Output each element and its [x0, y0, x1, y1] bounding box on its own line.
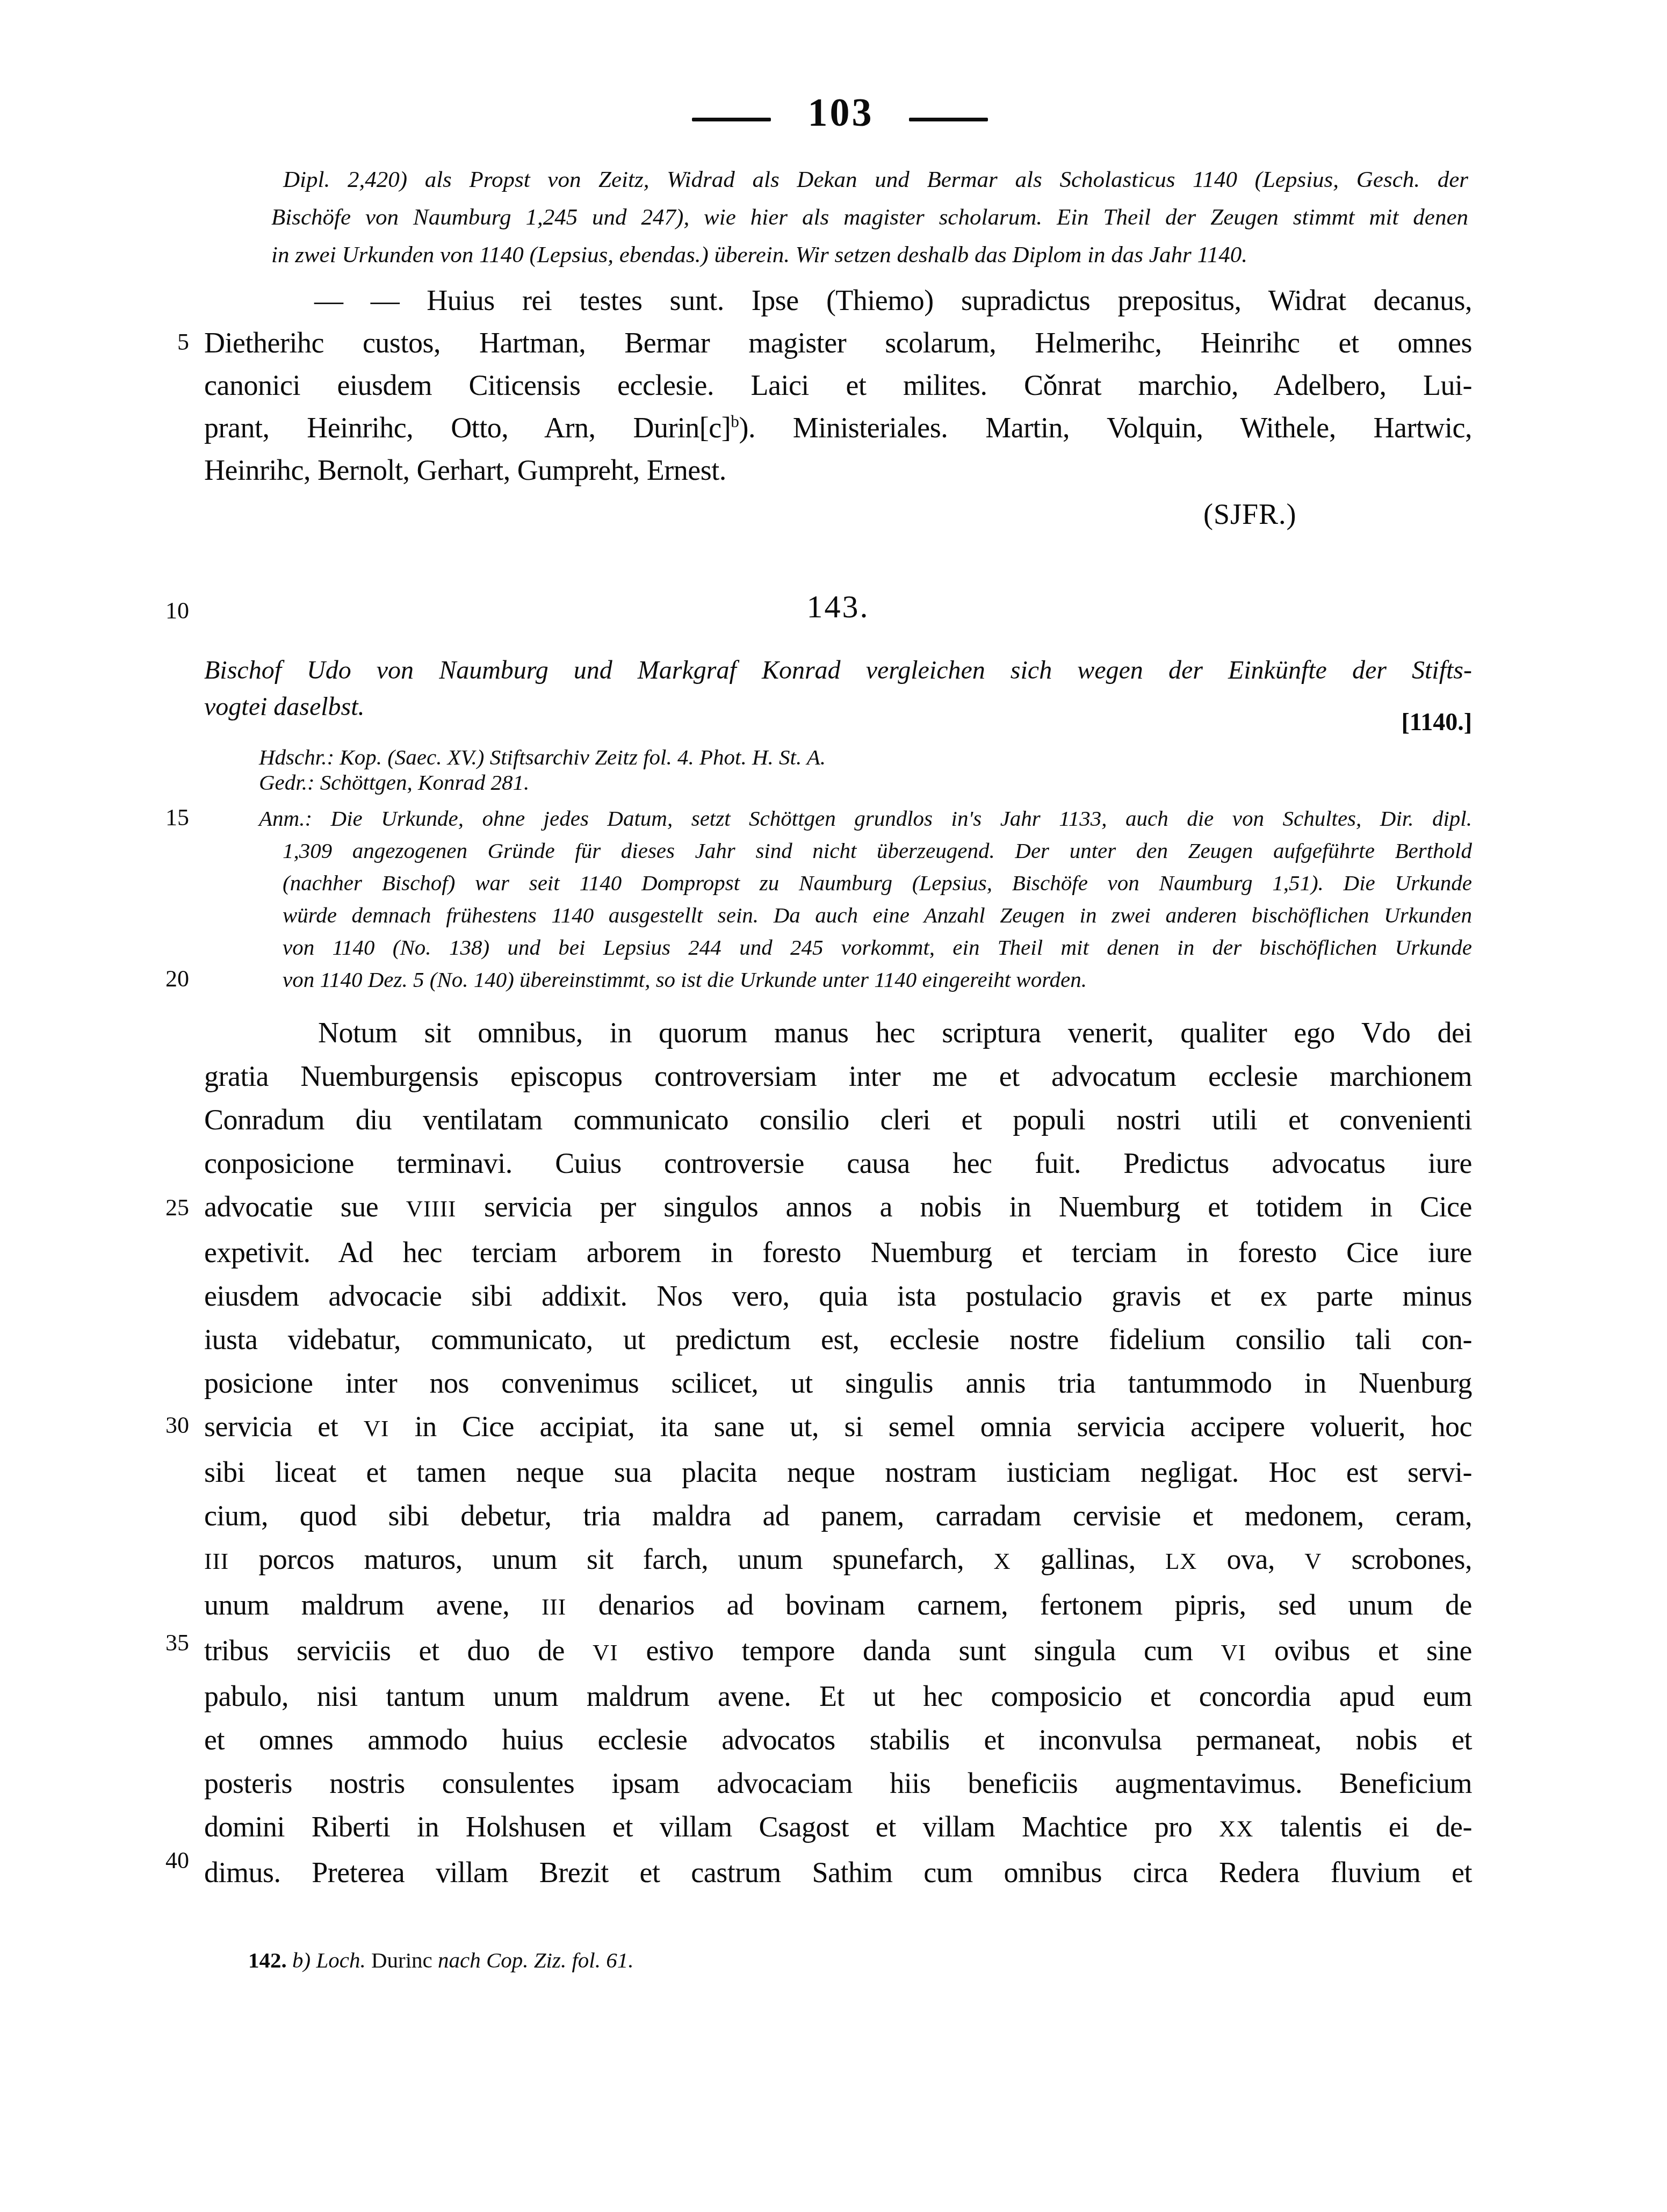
regest-line-2: vogtei daselbst. — [204, 689, 365, 725]
text-line: canonici eiusdem Citicensis ecclesie. La… — [204, 364, 1472, 407]
text-line: prant, Heinrihc, Otto, Arn, Durin[c]b). … — [204, 407, 1472, 449]
text-line: expetivit. Ad hec terciam arborem in for… — [204, 1231, 1472, 1274]
margin-line-number: 15 — [128, 804, 189, 831]
text-line: advocatie sue VIIII servicia per singulo… — [204, 1185, 1472, 1231]
margin-line-number: 25 — [128, 1194, 189, 1221]
margin-line-number: 30 — [128, 1411, 189, 1439]
charter-latin-text: Notum sit omnibus, in quorum manus hec s… — [204, 1011, 1472, 1894]
text-line: — — Huius rei testes sunt. Ipse (Thiemo)… — [204, 279, 1472, 322]
editor-signature: (SJFR.) — [1203, 498, 1297, 531]
margin-line-number: 35 — [128, 1629, 189, 1656]
text-line: iusta videbatur, communicato, ut predict… — [204, 1318, 1472, 1361]
text-line: 1,309 angezogenen Gründe für dieses Jahr… — [259, 834, 1472, 867]
text-line: von 1140 Dez. 5 (No. 140) übereinstimmt,… — [259, 963, 1472, 996]
margin-line-number: 40 — [128, 1847, 189, 1874]
text-line: eiusdem advocacie sibi addixit. Nos vero… — [204, 1274, 1472, 1318]
text-line: servicia et VI in Cice accipiat, ita san… — [204, 1405, 1472, 1451]
entry-date: [1140.] — [1401, 704, 1472, 740]
text-line: conposicione terminavi. Cuius controvers… — [204, 1142, 1472, 1185]
continuation-note: Dipl. 2,420) als Propst von Zeitz, Widra… — [271, 161, 1468, 274]
text-line: Bischöfe von Naumburg 1,245 und 247), wi… — [271, 199, 1468, 236]
margin-line-number: 10 — [128, 597, 189, 624]
witness-paragraph: — — Huius rei testes sunt. Ipse (Thiemo)… — [204, 279, 1472, 492]
regest-line-1: Bischof Udo von Naumburg und Markgraf Ko… — [204, 656, 1472, 685]
text-line: Heinrihc, Bernolt, Gerhart, Gumpreht, Er… — [204, 449, 1472, 492]
text-line: dimus. Preterea villam Brezit et castrum… — [204, 1851, 1472, 1894]
text-line: Anm.: Die Urkunde, ohne jedes Datum, set… — [259, 802, 1472, 834]
footnote-segment — [287, 1948, 292, 1972]
footnote-segment: b) Loch. — [292, 1948, 366, 1972]
text-line: posicione inter nos convenimus scilicet,… — [204, 1361, 1472, 1405]
text-line: von 1140 (No. 138) und bei Lepsius 244 u… — [259, 931, 1472, 963]
text-line: Conradum diu ventilatam communicato cons… — [204, 1098, 1472, 1142]
text-line: posteris nostris consulentes ipsam advoc… — [204, 1762, 1472, 1805]
text-line: domini Riberti in Holshusen et villam Cs… — [204, 1805, 1472, 1851]
text-line: sibi liceat et tamen neque sua placita n… — [204, 1451, 1472, 1494]
text-line: gratia Nuemburgensis episcopus controver… — [204, 1055, 1472, 1098]
page-number: 103 — [774, 90, 908, 136]
text-line: tribus serviciis et duo de VI estivo tem… — [204, 1629, 1472, 1675]
footnote-segment: nach Cop. Ziz. fol. 61. — [438, 1948, 633, 1972]
margin-line-number: 5 — [128, 328, 189, 356]
text-line: et omnes ammodo huius ecclesie advocatos… — [204, 1718, 1472, 1762]
regest: Bischof Udo von Naumburg und Markgraf Ko… — [204, 652, 1472, 725]
editorial-annotation: Anm.: Die Urkunde, ohne jedes Datum, set… — [259, 802, 1472, 996]
margin-line-number: 20 — [128, 965, 189, 992]
text-line: würde demnach frühestens 1140 ausgestell… — [259, 899, 1472, 931]
text-line: III porcos maturos, unum sit farch, unum… — [204, 1538, 1472, 1583]
text-line: Bischof Udo von Naumburg und Markgraf Ko… — [204, 652, 1472, 689]
text-line: pabulo, nisi tantum unum maldrum avene. … — [204, 1675, 1472, 1718]
text-line: Dipl. 2,420) als Propst von Zeitz, Widra… — [271, 161, 1468, 199]
text-line: (nachher Bischof) war seit 1140 Domprops… — [259, 867, 1472, 899]
source-printed-line: Gedr.: Schöttgen, Konrad 281. — [259, 767, 1472, 797]
text-line: unum maldrum avene, III denarios ad bovi… — [204, 1583, 1472, 1629]
text-line: in zwei Urkunden von 1140 (Lepsius, eben… — [271, 236, 1468, 274]
text-line: Notum sit omnibus, in quorum manus hec s… — [204, 1011, 1472, 1055]
footnote: 142. b) Loch. Durinc nach Cop. Ziz. fol.… — [248, 1947, 634, 1973]
text-line: Dietherihc custos, Hartman, Bermar magis… — [204, 322, 1472, 364]
text-line: cium, quod sibi debetur, tria maldra ad … — [204, 1494, 1472, 1538]
text-line: vogtei daselbst. [1140.] — [204, 689, 1472, 725]
footnote-segment: Durinc — [366, 1948, 438, 1972]
entry-number-heading: 143. — [0, 588, 1667, 625]
scanned-book-page: 103 Dipl. 2,420) als Propst von Zeitz, W… — [0, 0, 1667, 2212]
header-rule-right — [909, 118, 988, 121]
header-rule-left — [692, 118, 771, 121]
footnote-segment: 142. — [248, 1948, 287, 1972]
